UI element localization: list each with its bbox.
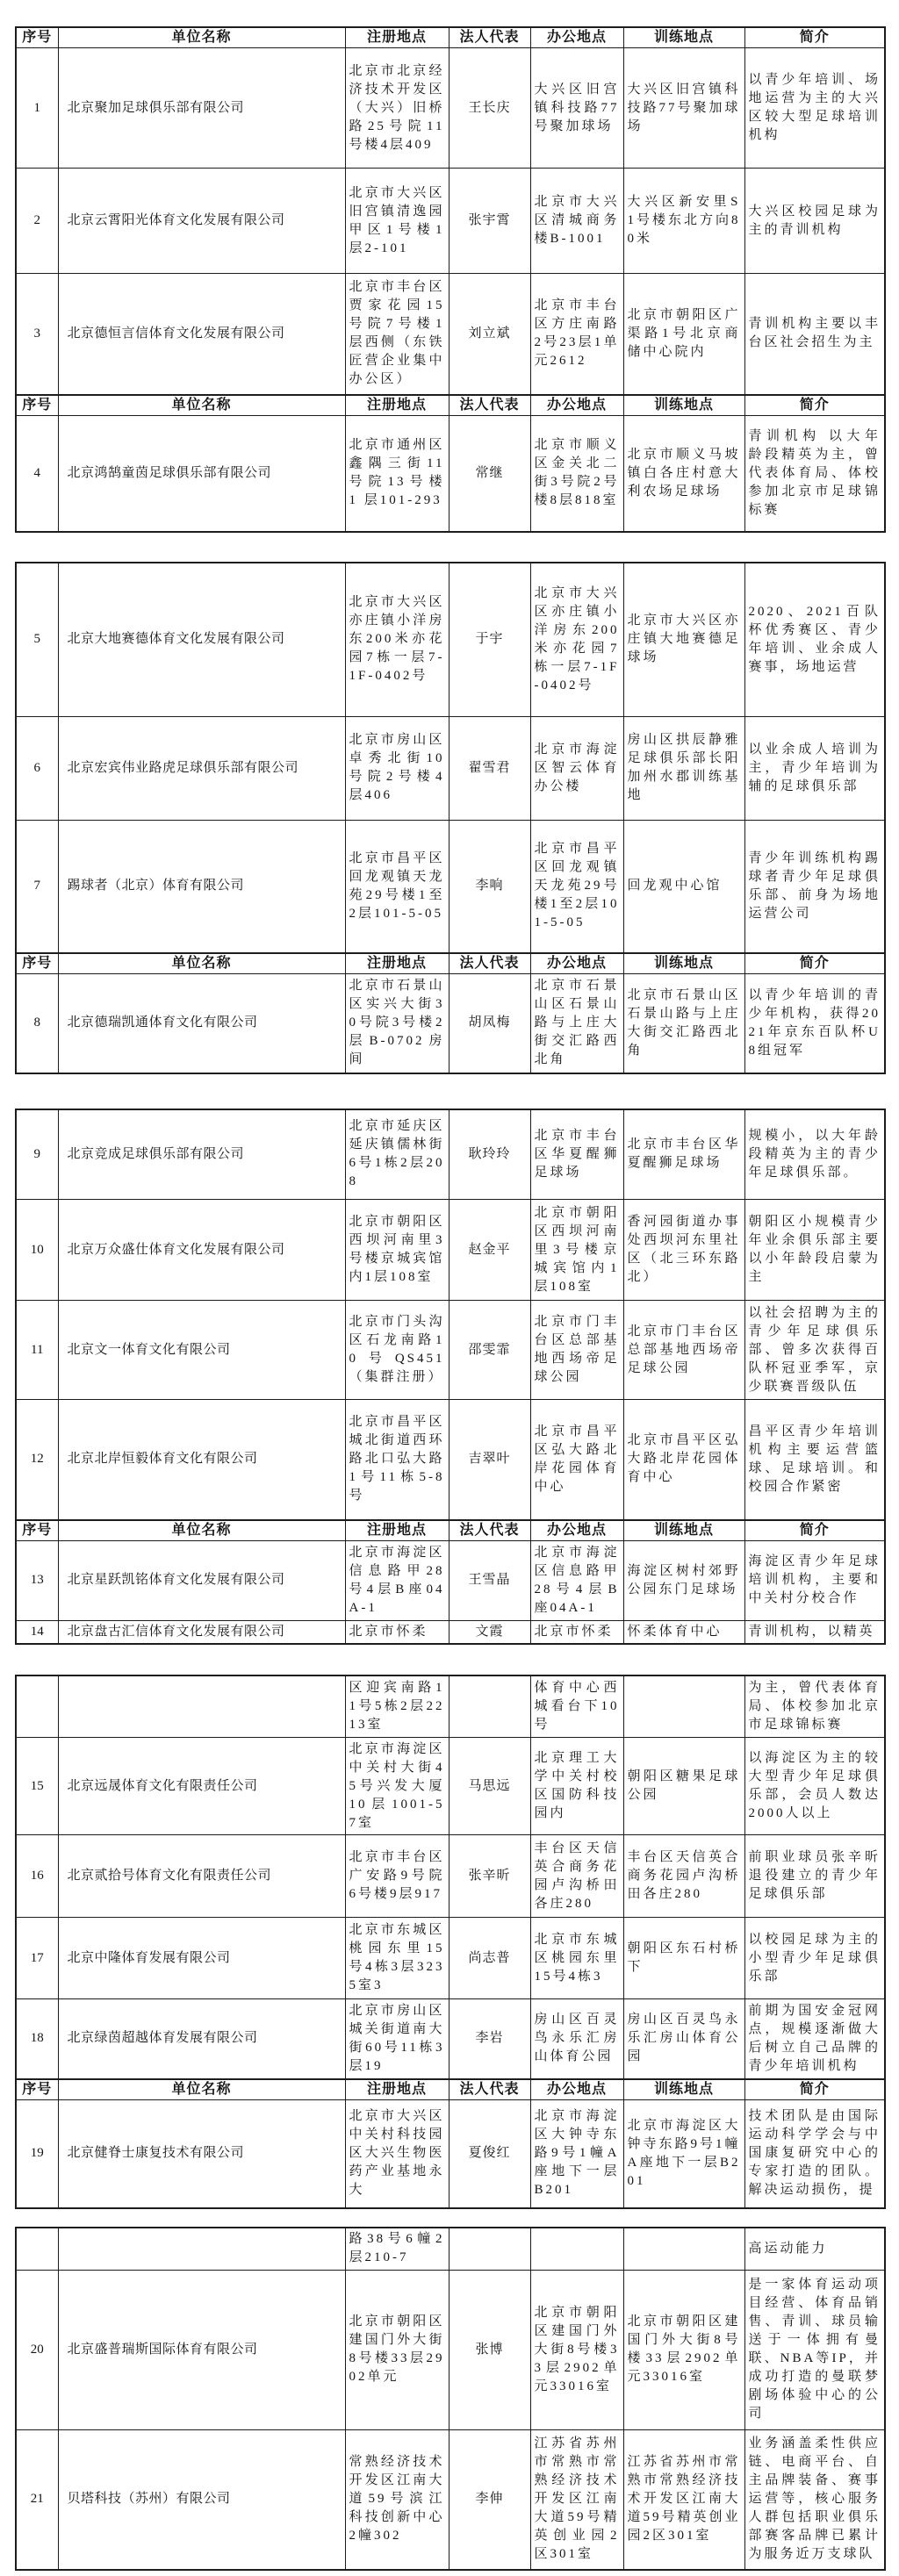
cell-office-address: 北京市昌平区弘大路北岸花园体育中心 [530, 1400, 623, 1520]
cell-office-address: 江苏省苏州市常熟市常熟经济技术开发区江南大道59号精英创业园2区301室 [530, 2429, 623, 2570]
cell-training-address: 房山区百灵鸟永乐汇房山体育公园 [623, 1999, 744, 2079]
cell-legal-rep: 耿玲玲 [449, 1109, 530, 1200]
cell-no: 5 [16, 563, 58, 716]
cell-name: 北京竞成足球俱乐部有限公司 [58, 1109, 345, 1200]
cell-intro: 以业余成人培训为主，青少年培训为辅的足球俱乐部 [744, 716, 885, 820]
cell-intro: 青少年训练机构踢球者青少年足球俱乐部、前身为场地运营公司 [744, 820, 885, 953]
cell-intro: 海淀区青少年足球培训机构，主要和中关村分校合作 [744, 1540, 885, 1620]
cell-no: 14 [16, 1620, 58, 1644]
table-segment: 9 北京竞成足球俱乐部有限公司 北京市延庆区延庆镇儒林街6号1栋2层208 耿玲… [15, 1109, 886, 1645]
table-header-row: 序号 单位名称 注册地点 法人代表 办公地点 训练地点 简介 [16, 27, 885, 48]
cell-intro: 青训机构，以精英 [744, 1620, 885, 1644]
cell-legal-rep: 李伸 [449, 2429, 530, 2570]
cell-name: 踢球者（北京）体育有限公司 [58, 820, 345, 953]
header-cell-training-address: 训练地点 [623, 395, 744, 416]
header-cell-office-address: 办公地点 [530, 27, 623, 48]
cell-reg-address: 北京市朝阳区建国门外大街8号楼33层2902单元 [345, 2270, 449, 2429]
table-header-row: 序号 单位名称 注册地点 法人代表 办公地点 训练地点 简介 [16, 953, 885, 974]
cell-office-address: 北京市朝阳区西坝河南里3号楼京城宾馆内1层108室 [530, 1200, 623, 1301]
cell-intro: 以海淀区为主的较大型青少年足球俱乐部，会员人数达2000人以上 [744, 1738, 885, 1835]
header-cell-training-address: 训练地点 [623, 27, 744, 48]
cell-legal-rep: 胡凤梅 [449, 974, 530, 1073]
header-cell-office-address: 办公地点 [530, 2079, 623, 2100]
cell-office-address: 北京市海淀区智云体育办公楼 [530, 716, 623, 820]
table-row: 10 北京万众盛仕体育文化发展有限公司 北京市朝阳区西坝河南里3号楼京城宾馆内1… [16, 1200, 885, 1301]
cell-office-address: 大兴区旧宫镇科技路77号聚加球场 [530, 48, 623, 169]
header-cell-reg-address: 注册地点 [345, 2079, 449, 2100]
header-cell-training-address: 训练地点 [623, 1520, 744, 1541]
cell-name: 北京大地赛德体育文化发展有限公司 [58, 563, 345, 716]
cell-legal-rep: 常继 [449, 415, 530, 532]
table-row: 4 北京鸿鹄童茵足球俱乐部有限公司 北京市通州区鑫隅三街11号院13号楼 1 层… [16, 415, 885, 532]
table-row: 21 贝塔科技（苏州）有限公司 常熟经济技术开发区江南大道59号滨江科技创新中心… [16, 2429, 885, 2570]
table-header-row: 序号 单位名称 注册地点 法人代表 办公地点 训练地点 简介 [16, 2079, 885, 2100]
table-segment: 5 北京大地赛德体育文化发展有限公司 北京市大兴区亦庄镇小洋房东200米亦花园7… [15, 562, 886, 1074]
table-row: 路38号6幢2层210-7 高运动能力 [16, 2228, 885, 2270]
cell-legal-rep [449, 2228, 530, 2270]
cell-office-address: 北京市丰台区方庄南路2号23层1单元2612 [530, 274, 623, 395]
header-cell-intro: 简介 [744, 953, 885, 974]
cell-training-address: 北京市顺义马坡镇白各庄村意大利农场足球场 [623, 415, 744, 532]
cell-intro: 是一家体育运动项目经营、体育品销售、青训、球员输送于一体拥有曼联、NBA等IP，… [744, 2270, 885, 2429]
cell-office-address: 北京市海淀区大钟寺东路9号1幢A座地下一层B201 [530, 2099, 623, 2208]
header-cell-no: 序号 [16, 27, 58, 48]
cell-intro: 青训机构主要以丰台区社会招生为主 [744, 274, 885, 395]
cell-office-address: 丰台区天信英合商务花园卢沟桥田各庄280 [530, 1835, 623, 1918]
header-cell-legal-rep: 法人代表 [449, 953, 530, 974]
header-cell-office-address: 办公地点 [530, 1520, 623, 1541]
cell-no: 10 [16, 1200, 58, 1301]
table-row: 5 北京大地赛德体育文化发展有限公司 北京市大兴区亦庄镇小洋房东200米亦花园7… [16, 563, 885, 716]
cell-training-address: 海淀区树村郊野公园东门足球场 [623, 1540, 744, 1620]
header-cell-intro: 简介 [744, 395, 885, 416]
header-cell-reg-address: 注册地点 [345, 953, 449, 974]
cell-no: 4 [16, 415, 58, 532]
cell-no [16, 1675, 58, 1738]
cell-office-address: 房山区百灵鸟永乐汇房山体育公园 [530, 1999, 623, 2079]
cell-legal-rep: 张辛昕 [449, 1835, 530, 1918]
cell-name: 北京德瑞凯通体育文化有限公司 [58, 974, 345, 1073]
cell-training-address: 丰台区天信英合商务花园卢沟桥田各庄280 [623, 1835, 744, 1918]
table-row: 12 北京北岸恒毅体育文化有限公司 北京市昌平区城北街道西环路北口弘大路1号11… [16, 1400, 885, 1520]
table-row: 16 北京贰拾号体育文化有限责任公司 北京市丰台区广安路9号院6号楼9层917 … [16, 1835, 885, 1918]
cell-training-address: 北京市昌平区弘大路北岸花园体育中心 [623, 1400, 744, 1520]
cell-office-address: 北京市大兴区清城商务楼B-1001 [530, 169, 623, 274]
cell-legal-rep: 马思远 [449, 1738, 530, 1835]
cell-no: 15 [16, 1738, 58, 1835]
cell-name: 北京文一体育文化有限公司 [58, 1301, 345, 1400]
cell-legal-rep: 翟雪君 [449, 716, 530, 820]
table-row: 8 北京德瑞凯通体育文化有限公司 北京市石景山区实兴大街30号院3号楼2层B-0… [16, 974, 885, 1073]
table-row: 20 北京盛普瑞斯国际体育有限公司 北京市朝阳区建国门外大街8号楼33层2902… [16, 2270, 885, 2429]
header-cell-no: 序号 [16, 2079, 58, 2100]
table-row: 6 北京宏宾伟业路虎足球俱乐部有限公司 北京市房山区卓秀北街10号院2号楼4层4… [16, 716, 885, 820]
cell-name [58, 2228, 345, 2270]
cell-office-address: 北京市顺义区金关北二街3号院2号楼8层818室 [530, 415, 623, 532]
cell-office-address: 北京市朝阳区建国门外大街8号楼33层2902单元33016室 [530, 2270, 623, 2429]
cell-name: 北京盘古汇信体育文化发展有限公司 [58, 1620, 345, 1644]
cell-name: 北京北岸恒毅体育文化有限公司 [58, 1400, 345, 1520]
cell-intro: 前期为国安金冠网点，规模逐渐做大后树立自己品牌的青少年培训机构 [744, 1999, 885, 2079]
table-row: 14 北京盘古汇信体育文化发展有限公司 北京市怀柔 文霞 北京市怀柔 怀柔体育中… [16, 1620, 885, 1644]
cell-training-address: 北京市大兴区亦庄镇大地赛德足球场 [623, 563, 744, 716]
table-row: 区迎宾南路11号5栋2层2213室 体育中心西城看台下10号 为主，曾代表体育局… [16, 1675, 885, 1738]
cell-office-address: 体育中心西城看台下10号 [530, 1675, 623, 1738]
cell-reg-address: 北京市门头沟区石龙南路10号QS451（集群注册） [345, 1301, 449, 1400]
cell-training-address: 香河园街道办事处西坝河东里社区（北三环东路北） [623, 1200, 744, 1301]
cell-name: 北京星跃凯铭体育文化发展有限公司 [58, 1540, 345, 1620]
cell-training-address: 回龙观中心馆 [623, 820, 744, 953]
cell-reg-address: 常熟经济技术开发区江南大道59号滨江科技创新中心2幢302 [345, 2429, 449, 2570]
cell-office-address: 北京市大兴区亦庄镇小洋房东200米亦花园7栋一层7-1F-0402号 [530, 563, 623, 716]
header-cell-no: 序号 [16, 953, 58, 974]
cell-training-address: 北京市海淀区大钟寺东路9号1幢A座地下一层B201 [623, 2099, 744, 2208]
cell-no: 2 [16, 169, 58, 274]
cell-intro: 业务涵盖柔性供应链、电商平台、自主品牌装备、赛事运营等，核心服务人群包括职业俱乐… [744, 2429, 885, 2570]
cell-reg-address: 北京市北京经济技术开发区（大兴）旧桥路25号院11号楼4层409 [345, 48, 449, 169]
cell-name: 北京绿茵超越体育发展有限公司 [58, 1999, 345, 2079]
cell-training-address: 大兴区旧宫镇科技路77号聚加球场 [623, 48, 744, 169]
cell-no: 13 [16, 1540, 58, 1620]
header-cell-legal-rep: 法人代表 [449, 1520, 530, 1541]
cell-office-address: 北京市东城区桃园东里15号4栋3 [530, 1918, 623, 1999]
cell-name: 北京贰拾号体育文化有限责任公司 [58, 1835, 345, 1918]
cell-reg-address: 区迎宾南路11号5栋2层2213室 [345, 1675, 449, 1738]
cell-reg-address: 北京市东城区桃园东里15号4栋3层3235室3 [345, 1918, 449, 1999]
header-cell-reg-address: 注册地点 [345, 1520, 449, 1541]
cell-legal-rep: 夏俊红 [449, 2099, 530, 2208]
cell-office-address: 北京市昌平区回龙观镇天龙苑29号楼1至2层101-5-05 [530, 820, 623, 953]
cell-reg-address: 北京市房山区卓秀北街10号院2号楼4层406 [345, 716, 449, 820]
cell-training-address: 北京市石景山区石景山路与上庄大街交汇路西北角 [623, 974, 744, 1073]
cell-no: 12 [16, 1400, 58, 1520]
cell-legal-rep: 张宇霄 [449, 169, 530, 274]
cell-reg-address: 北京市丰台区广安路9号院6号楼9层917 [345, 1835, 449, 1918]
header-cell-training-address: 训练地点 [623, 953, 744, 974]
cell-name: 北京万众盛仕体育文化发展有限公司 [58, 1200, 345, 1301]
cell-training-address: 北京市丰台区华夏醒狮足球场 [623, 1109, 744, 1200]
header-cell-training-address: 训练地点 [623, 2079, 744, 2100]
table-row: 3 北京德恒言信体育文化发展有限公司 北京市丰台区贾家花园15号院7号楼1层西侧… [16, 274, 885, 395]
cell-no: 19 [16, 2099, 58, 2208]
table-header-row: 序号 单位名称 注册地点 法人代表 办公地点 训练地点 简介 [16, 1520, 885, 1541]
header-cell-intro: 简介 [744, 2079, 885, 2100]
cell-reg-address: 路38号6幢2层210-7 [345, 2228, 449, 2270]
cell-intro: 规模小，以大年龄段精英为主的青少年足球俱乐部。 [744, 1109, 885, 1200]
header-cell-name: 单位名称 [58, 2079, 345, 2100]
cell-name: 北京健脊士康复技术有限公司 [58, 2099, 345, 2208]
cell-training-address: 朝阳区东石村桥下 [623, 1918, 744, 1999]
cell-reg-address: 北京市怀柔 [345, 1620, 449, 1644]
cell-reg-address: 北京市大兴区亦庄镇小洋房东200米亦花园7栋一层7-1F-0402号 [345, 563, 449, 716]
cell-reg-address: 北京市朝阳区西坝河南里3号楼京城宾馆内1层108室 [345, 1200, 449, 1301]
header-cell-name: 单位名称 [58, 27, 345, 48]
cell-legal-rep: 王长庆 [449, 48, 530, 169]
cell-intro: 高运动能力 [744, 2228, 885, 2270]
document-page: 序号 单位名称 注册地点 法人代表 办公地点 训练地点 简介 1 北京聚加足球俱… [0, 0, 899, 2571]
cell-office-address: 北京市石景山区石景山路与上庄大街交汇路西北角 [530, 974, 623, 1073]
cell-no: 18 [16, 1999, 58, 2079]
cell-training-address: 北京市朝阳区广渠路1号北京商储中心院内 [623, 274, 744, 395]
cell-legal-rep: 文霞 [449, 1620, 530, 1644]
cell-reg-address: 北京市丰台区贾家花园15号院7号楼1层西侧（东铁匠营企业集中办公区） [345, 274, 449, 395]
table-row: 1 北京聚加足球俱乐部有限公司 北京市北京经济技术开发区（大兴）旧桥路25号院1… [16, 48, 885, 169]
cell-legal-rep: 刘立斌 [449, 274, 530, 395]
table-segment: 序号 单位名称 注册地点 法人代表 办公地点 训练地点 简介 1 北京聚加足球俱… [15, 26, 886, 533]
cell-training-address [623, 1675, 744, 1738]
cell-name: 北京中隆体育发展有限公司 [58, 1918, 345, 1999]
header-cell-office-address: 办公地点 [530, 395, 623, 416]
table-row: 18 北京绿茵超越体育发展有限公司 北京市房山区城关街道南大街60号11栋3层1… [16, 1999, 885, 2079]
cell-no: 11 [16, 1301, 58, 1400]
cell-no: 8 [16, 974, 58, 1073]
cell-no: 9 [16, 1109, 58, 1200]
cell-name: 北京聚加足球俱乐部有限公司 [58, 48, 345, 169]
cell-no: 6 [16, 716, 58, 820]
cell-name: 贝塔科技（苏州）有限公司 [58, 2429, 345, 2570]
cell-name: 北京德恒言信体育文化发展有限公司 [58, 274, 345, 395]
table-row: 2 北京云霄阳光体育文化发展有限公司 北京市大兴区旧宫镇清逸园甲区1号楼1层2-… [16, 169, 885, 274]
cell-office-address: 北京市海淀区信息路甲28号4层B座04A-1 [530, 1540, 623, 1620]
cell-intro: 以社会招聘为主的青少年足球俱乐部、曾多次获得百队杯冠亚季军，京少联赛晋级队伍 [744, 1301, 885, 1400]
cell-intro: 前职业球员张辛昕退役建立的青少年足球俱乐部 [744, 1835, 885, 1918]
cell-intro: 朝阳区小规模青少年业余俱乐部主要以小年龄段启蒙为主 [744, 1200, 885, 1301]
cell-no: 17 [16, 1918, 58, 1999]
cell-legal-rep: 于宇 [449, 563, 530, 716]
header-cell-legal-rep: 法人代表 [449, 395, 530, 416]
cell-reg-address: 北京市石景山区实兴大街30号院3号楼2层B-0702房间 [345, 974, 449, 1073]
cell-legal-rep: 吉翠叶 [449, 1400, 530, 1520]
cell-name [58, 1675, 345, 1738]
cell-name: 北京宏宾伟业路虎足球俱乐部有限公司 [58, 716, 345, 820]
cell-training-address: 怀柔体育中心 [623, 1620, 744, 1644]
cell-name: 北京盛普瑞斯国际体育有限公司 [58, 2270, 345, 2429]
cell-legal-rep: 尚志普 [449, 1918, 530, 1999]
cell-legal-rep: 李响 [449, 820, 530, 953]
cell-legal-rep: 张博 [449, 2270, 530, 2429]
cell-reg-address: 北京市大兴区中关村科技园区大兴生物医药产业基地永大 [345, 2099, 449, 2208]
cell-reg-address: 北京市昌平区城北街道西环路北口弘大路1号11栋5-8号 [345, 1400, 449, 1520]
cell-intro: 大兴区校园足球为主的青训机构 [744, 169, 885, 274]
table-row: 9 北京竞成足球俱乐部有限公司 北京市延庆区延庆镇儒林街6号1栋2层208 耿玲… [16, 1109, 885, 1200]
cell-legal-rep: 邵雯霏 [449, 1301, 530, 1400]
header-cell-intro: 简介 [744, 1520, 885, 1541]
table-row: 13 北京星跃凯铭体育文化发展有限公司 北京市海淀区信息路甲28号4层B座04A… [16, 1540, 885, 1620]
cell-office-address: 北京理工大学中关村校区国防科技园内 [530, 1738, 623, 1835]
table-segment: 路38号6幢2层210-7 高运动能力 20 北京盛普瑞斯国际体育有限公司 北京… [15, 2227, 886, 2571]
cell-training-address: 北京市门丰台区总部基地西场帝足球公园 [623, 1301, 744, 1400]
header-cell-name: 单位名称 [58, 953, 345, 974]
cell-training-address [623, 2228, 744, 2270]
cell-no [16, 2228, 58, 2270]
cell-no: 1 [16, 48, 58, 169]
cell-office-address [530, 2228, 623, 2270]
cell-training-address: 房山区拱辰静雅足球俱乐部长阳加州水郡训练基地 [623, 716, 744, 820]
cell-reg-address: 北京市房山区城关街道南大街60号11栋3层19 [345, 1999, 449, 2079]
cell-training-address: 江苏省苏州市常熟市常熟经济技术开发区江南大道59号精英创业园2区301室 [623, 2429, 744, 2570]
cell-reg-address: 北京市通州区鑫隅三街11号院13号楼 1 层101-293 [345, 415, 449, 532]
header-cell-name: 单位名称 [58, 395, 345, 416]
cell-intro: 2020、2021百队杯优秀赛区、青少年培训、业余成人赛事，场地运营 [744, 563, 885, 716]
cell-reg-address: 北京市大兴区旧宫镇清逸园甲区1号楼1层2-101 [345, 169, 449, 274]
cell-name: 北京远晟体育文化有限责任公司 [58, 1738, 345, 1835]
cell-reg-address: 北京市昌平区回龙观镇天龙苑29号楼1至2层101-5-05 [345, 820, 449, 953]
cell-intro: 为主，曾代表体育局、体校参加北京市足球锦标赛 [744, 1675, 885, 1738]
cell-reg-address: 北京市海淀区中关村大街45号兴发大厦10层1001-57室 [345, 1738, 449, 1835]
cell-reg-address: 北京市海淀区信息路甲28号4层B座04A-1 [345, 1540, 449, 1620]
cell-office-address: 北京市丰台区华夏醒狮足球场 [530, 1109, 623, 1200]
header-cell-no: 序号 [16, 395, 58, 416]
cell-name: 北京鸿鹄童茵足球俱乐部有限公司 [58, 415, 345, 532]
cell-office-address: 北京市门丰台区总部基地西场帝足球公园 [530, 1301, 623, 1400]
header-cell-no: 序号 [16, 1520, 58, 1541]
header-cell-reg-address: 注册地点 [345, 27, 449, 48]
table-row: 7 踢球者（北京）体育有限公司 北京市昌平区回龙观镇天龙苑29号楼1至2层101… [16, 820, 885, 953]
table-header-row: 序号 单位名称 注册地点 法人代表 办公地点 训练地点 简介 [16, 395, 885, 416]
header-cell-reg-address: 注册地点 [345, 395, 449, 416]
header-cell-name: 单位名称 [58, 1520, 345, 1541]
header-cell-legal-rep: 法人代表 [449, 2079, 530, 2100]
header-cell-legal-rep: 法人代表 [449, 27, 530, 48]
cell-no: 3 [16, 274, 58, 395]
cell-intro: 昌平区青少年培训机构主要运营篮球、足球培训。和校园合作紧密 [744, 1400, 885, 1520]
cell-legal-rep: 王雪晶 [449, 1540, 530, 1620]
cell-intro: 以校园足球为主的小型青少年足球俱乐部 [744, 1918, 885, 1999]
cell-office-address: 北京市怀柔 [530, 1620, 623, 1644]
cell-legal-rep: 李岩 [449, 1999, 530, 2079]
cell-intro: 技术团队是由国际运动科学学会与中国康复研究中心的专家打造的团队。解决运动损伤，提 [744, 2099, 885, 2208]
cell-reg-address: 北京市延庆区延庆镇儒林街6号1栋2层208 [345, 1109, 449, 1200]
cell-legal-rep: 赵金平 [449, 1200, 530, 1301]
cell-no: 16 [16, 1835, 58, 1918]
table-segment: 区迎宾南路11号5栋2层2213室 体育中心西城看台下10号 为主，曾代表体育局… [15, 1675, 886, 2210]
cell-intro: 以青少年培训的青少年机构，获得2021年京东百队杯U8组冠军 [744, 974, 885, 1073]
header-cell-office-address: 办公地点 [530, 953, 623, 974]
table-row: 19 北京健脊士康复技术有限公司 北京市大兴区中关村科技园区大兴生物医药产业基地… [16, 2099, 885, 2208]
table-row: 17 北京中隆体育发展有限公司 北京市东城区桃园东里15号4栋3层3235室3 … [16, 1918, 885, 1999]
cell-intro: 以青少年培训、场地运营为主的大兴区较大型足球培训机构 [744, 48, 885, 169]
cell-training-address: 北京市朝阳区建国门外大街8号楼33层2902单元33016室 [623, 2270, 744, 2429]
cell-name: 北京云霄阳光体育文化发展有限公司 [58, 169, 345, 274]
table-row: 11 北京文一体育文化有限公司 北京市门头沟区石龙南路10号QS451（集群注册… [16, 1301, 885, 1400]
cell-no: 7 [16, 820, 58, 953]
cell-intro: 青训机构 以大年龄段精英为主，曾代表体育局、体校参加北京市足球锦标赛 [744, 415, 885, 532]
cell-no: 21 [16, 2429, 58, 2570]
cell-legal-rep [449, 1675, 530, 1738]
cell-no: 20 [16, 2270, 58, 2429]
table-pages: 序号 单位名称 注册地点 法人代表 办公地点 训练地点 简介 1 北京聚加足球俱… [0, 26, 899, 2571]
header-cell-intro: 简介 [744, 27, 885, 48]
cell-training-address: 朝阳区糖果足球公园 [623, 1738, 744, 1835]
cell-training-address: 大兴区新安里S1号楼东北方向80米 [623, 169, 744, 274]
table-row: 15 北京远晟体育文化有限责任公司 北京市海淀区中关村大街45号兴发大厦10层1… [16, 1738, 885, 1835]
